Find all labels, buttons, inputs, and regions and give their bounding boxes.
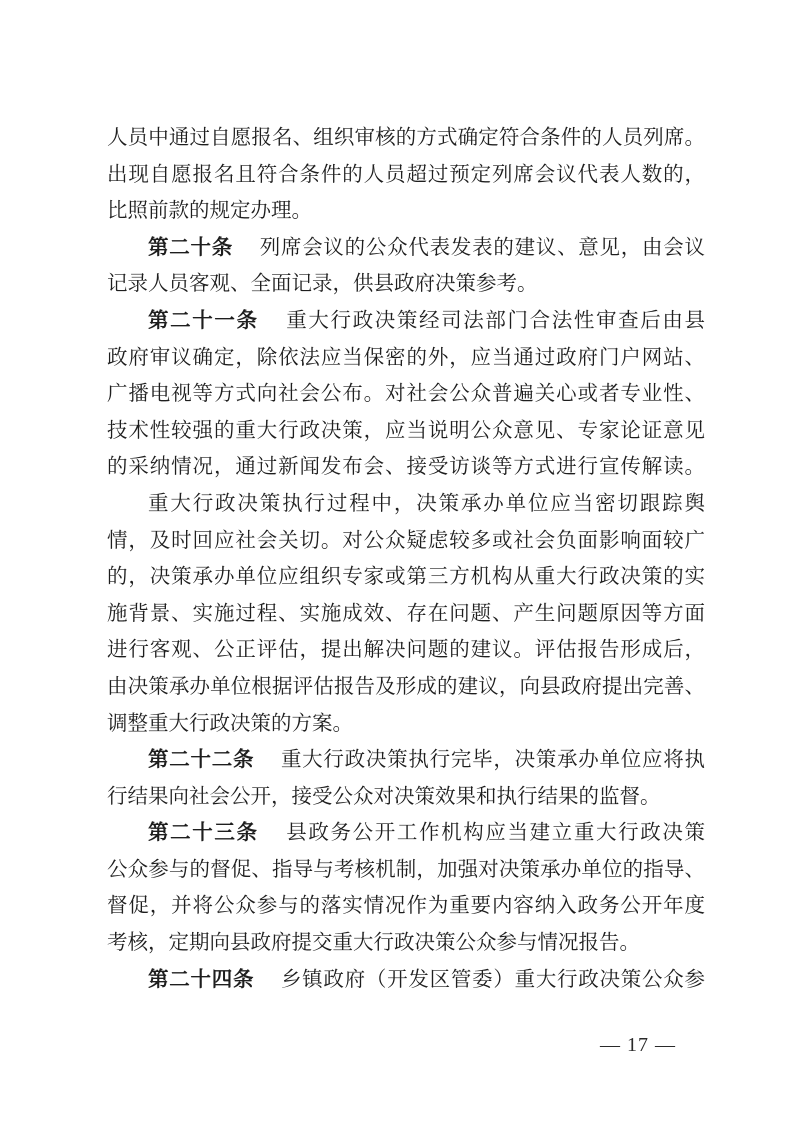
article-number: 第二十四条 (148, 969, 254, 991)
line-text: 列席会议的公众代表发表的建议、意见，由会议 (259, 237, 705, 259)
article-number: 第二十三条 (148, 822, 259, 844)
text-line: 比照前款的规定办理。 (107, 193, 705, 230)
text-line: 第二十三条县政务公开工作机构应当建立重大行政决策 (107, 815, 705, 852)
line-text: 乡镇政府（开发区管委）重大行政决策公众参 (280, 969, 705, 991)
text-line: 公众参与的督促、指导与考核机制，加强对决策承办单位的指导、 (107, 852, 705, 889)
document-text: 人员中通过自愿报名、组织审核的方式确定符合条件的人员列席。出现自愿报名且符合条件… (107, 120, 705, 998)
text-line: 政府审议确定，除依法应当保密的外，应当通过政府门户网站、 (107, 340, 705, 377)
head-gap (233, 253, 259, 254)
head-gap (254, 765, 280, 766)
line-text: 重大行政决策执行完毕，决策承办单位应将执 (280, 749, 705, 771)
text-line: 施背景、实施过程、实施成效、存在问题、产生问题原因等方面 (107, 596, 705, 633)
document-page: 人员中通过自愿报名、组织审核的方式确定符合条件的人员列席。出现自愿报名且符合条件… (0, 0, 793, 1122)
text-line: 调整重大行政决策的方案。 (107, 706, 705, 743)
text-line: 由决策承办单位根据评估报告及形成的建议，向县政府提出完善、 (107, 669, 705, 706)
text-line: 第二十二条重大行政决策执行完毕，决策承办单位应将执 (107, 742, 705, 779)
text-line: 考核，定期向县政府提交重大行政决策公众参与情况报告。 (107, 925, 705, 962)
text-line: 第二十一条重大行政决策经司法部门合法性审查后由县 (107, 303, 705, 340)
head-gap (259, 838, 285, 839)
article-number: 第二十一条 (148, 310, 259, 332)
text-line: 技术性较强的重大行政决策，应当说明公众意见、专家论证意见 (107, 413, 705, 450)
head-gap (254, 985, 280, 986)
text-line: 人员中通过自愿报名、组织审核的方式确定符合条件的人员列席。 (107, 120, 705, 157)
text-line: 的，决策承办单位应组织专家或第三方机构从重大行政决策的实 (107, 559, 705, 596)
text-line: 广播电视等方式向社会公布。对社会公众普遍关心或者专业性、 (107, 376, 705, 413)
text-line: 进行客观、公正评估，提出解决问题的建议。评估报告形成后， (107, 632, 705, 669)
page-footer: — 17 — (583, 1031, 693, 1059)
text-line: 第二十条列席会议的公众代表发表的建议、意见，由会议 (107, 230, 705, 267)
text-line: 记录人员客观、全面记录，供县政府决策参考。 (107, 266, 705, 303)
text-line: 行结果向社会公开，接受公众对决策效果和执行结果的监督。 (107, 779, 705, 816)
text-line: 重大行政决策执行过程中，决策承办单位应当密切跟踪舆 (107, 486, 705, 523)
page-number: — 17 — (600, 1034, 676, 1056)
article-number: 第二十条 (148, 237, 233, 259)
text-line: 出现自愿报名且符合条件的人员超过预定列席会议代表人数的， (107, 157, 705, 194)
text-line: 的采纳情况，通过新闻发布会、接受访谈等方式进行宣传解读。 (107, 449, 705, 486)
article-number: 第二十二条 (148, 749, 254, 771)
line-text: 重大行政决策经司法部门合法性审查后由县 (285, 310, 705, 332)
text-line: 督促，并将公众参与的落实情况作为重要内容纳入政务公开年度 (107, 888, 705, 925)
text-line: 第二十四条乡镇政府（开发区管委）重大行政决策公众参 (107, 962, 705, 999)
text-line: 情，及时回应社会关切。对公众疑虑较多或社会负面影响面较广 (107, 523, 705, 560)
line-text: 县政务公开工作机构应当建立重大行政决策 (285, 822, 705, 844)
head-gap (259, 326, 285, 327)
